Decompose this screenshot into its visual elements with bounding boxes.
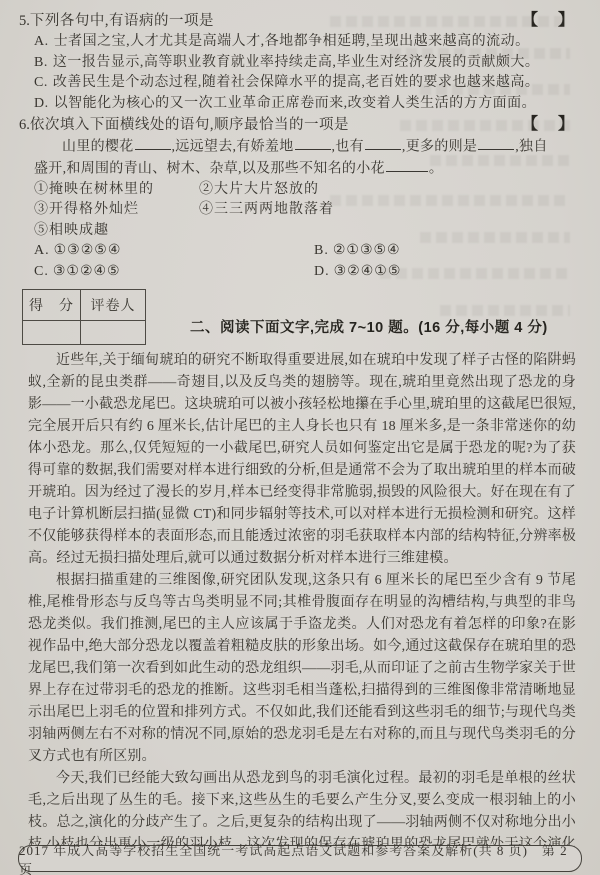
sentence-text: 盛开,和周围的青山、树木、杂草,以及那些不知名的小花 [34, 161, 385, 176]
question-6-stem: 依次填入下面横线处的语句,顺序最恰当的一项是 [30, 115, 349, 136]
option-label: A. [34, 32, 49, 53]
question-6-option-a: A.①③②⑤④ [34, 241, 314, 262]
option-text: 这一报告显示,高等职业教育就业率持续走高,毕业生对经济发展的贡献颇大。 [53, 53, 540, 74]
fill-in-sentence-line-1: 山里的樱花,远远望去,有娇羞地,也有,更多的则是,独自 [34, 136, 576, 158]
grader-value-cell [81, 321, 145, 344]
question-5-option-d: D. 以智能化为核心的又一次工业革命正席卷而来,改变着人类生活的方方面面。 [34, 94, 576, 115]
question-6-options: A.①③②⑤④ B.②①③⑤④ C.③①②④⑤ D.③②④①⑤ [34, 241, 576, 282]
option-text: ②①③⑤④ [333, 243, 401, 258]
numbered-item-1: ①掩映在树林里的 [34, 180, 199, 201]
question-6-stem-line: 6.依次填入下面横线处的语句,顺序最恰当的一项是 【 】 [19, 114, 576, 136]
reading-passage: 近些年,关于缅甸琥珀的研究不断取得重要进展,如在琥珀中发现了样子古怪的陷阱蚂蚁,… [28, 350, 576, 875]
blank-underline [365, 136, 401, 150]
blank-underline [386, 158, 428, 172]
question-5-option-b: B. 这一报告显示,高等职业教育就业率持续走高,毕业生对经济发展的贡献颇大。 [34, 53, 576, 74]
answer-bracket: 【 】 [522, 114, 576, 135]
question-5: 5.下列各句中,有语病的一项是 【 】 A. 士者国之宝,人才尤其是高端人才,各… [19, 10, 576, 114]
question-5-option-c: C. 改善民生是个动态过程,随着社会保障水平的提高,老百姓的要求也越来越高。 [34, 73, 576, 94]
question-5-stem-line: 5.下列各句中,有语病的一项是 【 】 [19, 10, 576, 32]
sentence-text: ,独自 [515, 139, 547, 154]
option-label: B. [314, 243, 329, 258]
numbered-item-3: ③开得格外灿烂 [34, 200, 199, 221]
numbered-item-5: ⑤相映成趣 [34, 221, 576, 242]
option-text: 改善民生是个动态过程,随着社会保障水平的提高,老百姓的要求也越来越高。 [53, 73, 540, 94]
option-label: A. [34, 243, 50, 258]
section-2-title: 二、阅读下面文字,完成 7~10 题。(16 分,每小题 4 分) [146, 289, 548, 345]
sentence-text: 。 [429, 161, 443, 176]
grader-label: 评卷人 [81, 290, 145, 321]
section-2-header-row: 得 分 评卷人 二、阅读下面文字,完成 7~10 题。(16 分,每小题 4 分… [19, 289, 576, 345]
sentence-text: ,更多的则是 [402, 139, 477, 154]
page-footer: 2017 年成人高等学校招生全国统一考试高起点语文试题和参考答案及解析(共 8 … [18, 845, 582, 872]
question-5-number: 5. [19, 11, 30, 32]
option-text: ③②④①⑤ [334, 264, 402, 279]
option-text: 士者国之宝,人才尤其是高端人才,各地都争相延聘,呈现出越来越高的流动。 [54, 32, 530, 53]
question-6-option-b: B.②①③⑤④ [314, 241, 576, 262]
option-text: 以智能化为核心的又一次工业革命正席卷而来,改变着人类生活的方方面面。 [54, 94, 537, 115]
sentence-text: ,也有 [332, 139, 364, 154]
option-label: C. [34, 73, 48, 94]
blank-underline [295, 136, 331, 150]
sentence-text: ,远远望去,有娇羞地 [172, 139, 294, 154]
numbered-item-2: ②大片大片怒放的 [199, 180, 576, 201]
blank-underline [478, 136, 514, 150]
passage-paragraph-1: 近些年,关于缅甸琥珀的研究不断取得重要进展,如在琥珀中发现了样子古怪的陷阱蚂蚁,… [28, 350, 576, 570]
question-6: 6.依次填入下面横线处的语句,顺序最恰当的一项是 【 】 山里的樱花,远远望去,… [19, 114, 576, 282]
option-label: C. [34, 264, 49, 279]
sentence-text: 山里的樱花 [62, 139, 134, 154]
score-value-cell [23, 321, 81, 344]
question-6-number: 6. [19, 115, 30, 136]
option-text: ①③②⑤④ [54, 243, 122, 258]
question-6-items: ①掩映在树林里的 ②大片大片怒放的 ③开得格外灿烂 ④三三两两地散落着 ⑤相映成… [34, 180, 576, 242]
passage-paragraph-2: 根据扫描重建的三维图像,研究团队发现,这条只有 6 厘米长的尾巴至少含有 9 节… [28, 570, 576, 768]
blank-underline [135, 136, 171, 150]
fill-in-sentence-line-2: 盛开,和周围的青山、树木、杂草,以及那些不知名的小花。 [34, 158, 576, 180]
score-box: 得 分 评卷人 [22, 289, 146, 345]
question-5-stem: 下列各句中,有语病的一项是 [30, 11, 214, 32]
footer-text: 2017 年成人高等学校招生全国统一考试高起点语文试题和参考答案及解析(共 8 … [19, 840, 581, 875]
option-label: D. [34, 94, 49, 115]
option-text: ③①②④⑤ [53, 264, 121, 279]
numbered-item-4: ④三三两两地散落着 [199, 200, 576, 221]
question-5-option-a: A. 士者国之宝,人才尤其是高端人才,各地都争相延聘,呈现出越来越高的流动。 [34, 32, 576, 53]
option-label: D. [314, 264, 330, 279]
score-label: 得 分 [23, 290, 81, 321]
exam-paper-page: 5.下列各句中,有语病的一项是 【 】 A. 士者国之宝,人才尤其是高端人才,各… [0, 0, 600, 875]
question-6-option-c: C.③①②④⑤ [34, 262, 314, 283]
option-label: B. [34, 53, 48, 74]
question-6-option-d: D.③②④①⑤ [314, 262, 576, 283]
answer-bracket: 【 】 [522, 10, 576, 31]
